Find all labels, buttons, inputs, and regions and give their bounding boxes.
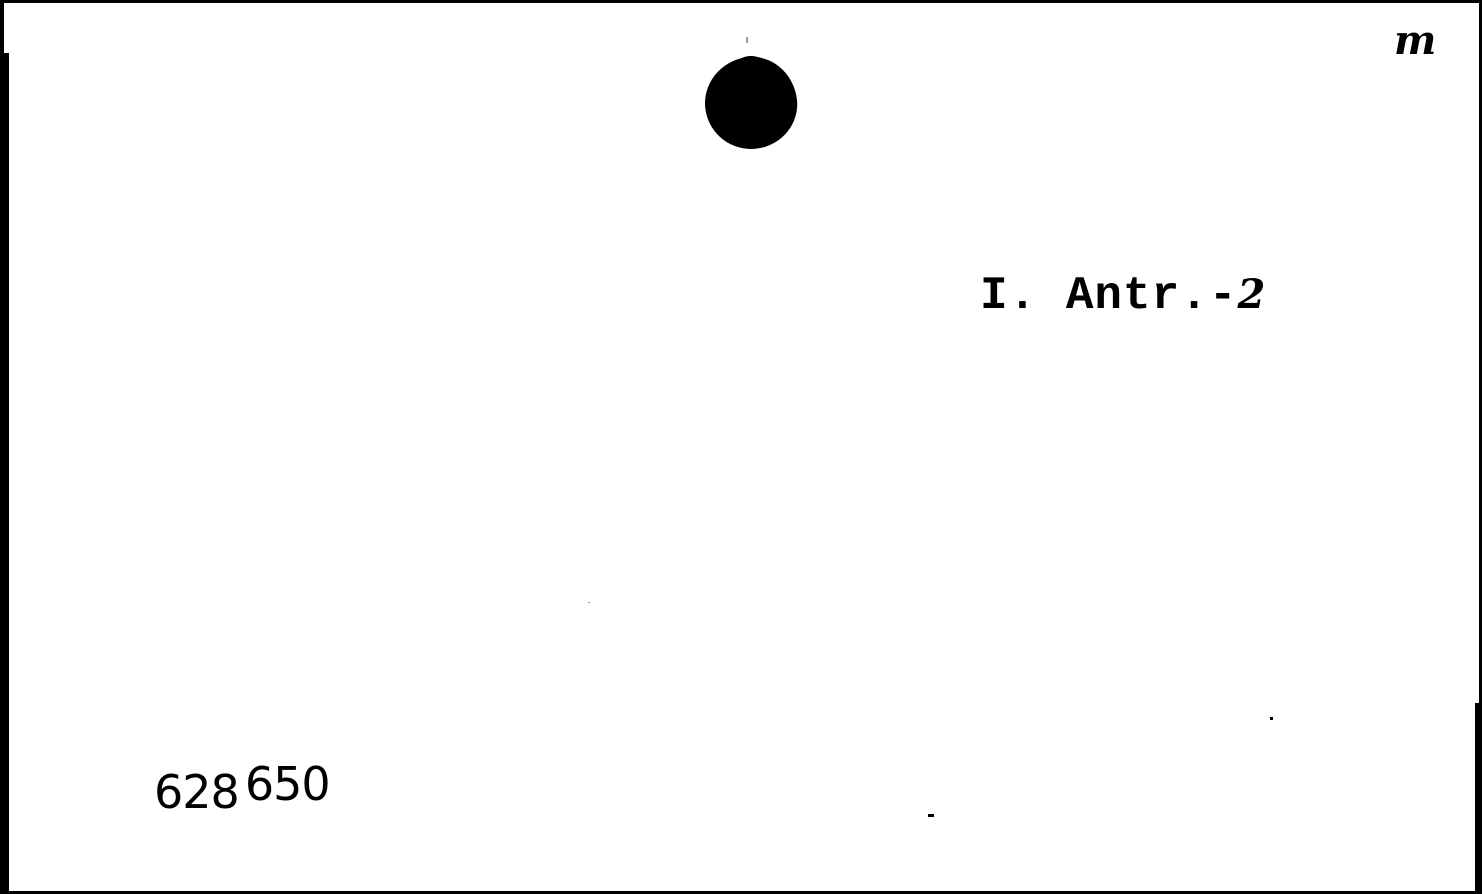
index-card: m I. Antr.-2 628650: [0, 0, 1482, 894]
ink-speck: [1270, 717, 1273, 720]
ink-speck: [746, 37, 748, 43]
card-right-edge: [1475, 703, 1479, 894]
card-left-edge: [4, 53, 9, 894]
ink-speck: [928, 814, 934, 817]
hole-punch: [699, 51, 803, 155]
stamp-number-part1: 628: [154, 765, 239, 819]
handwritten-initial: m: [1394, 21, 1436, 61]
stamp-number-part2: 650: [245, 757, 330, 811]
typed-label: I. Antr.-2: [980, 273, 1266, 319]
ink-speck: [588, 602, 590, 603]
typed-label-text: I. Antr.-: [980, 270, 1237, 322]
stamp-number: 628650: [154, 769, 330, 815]
typed-label-suffix: 2: [1237, 271, 1266, 318]
